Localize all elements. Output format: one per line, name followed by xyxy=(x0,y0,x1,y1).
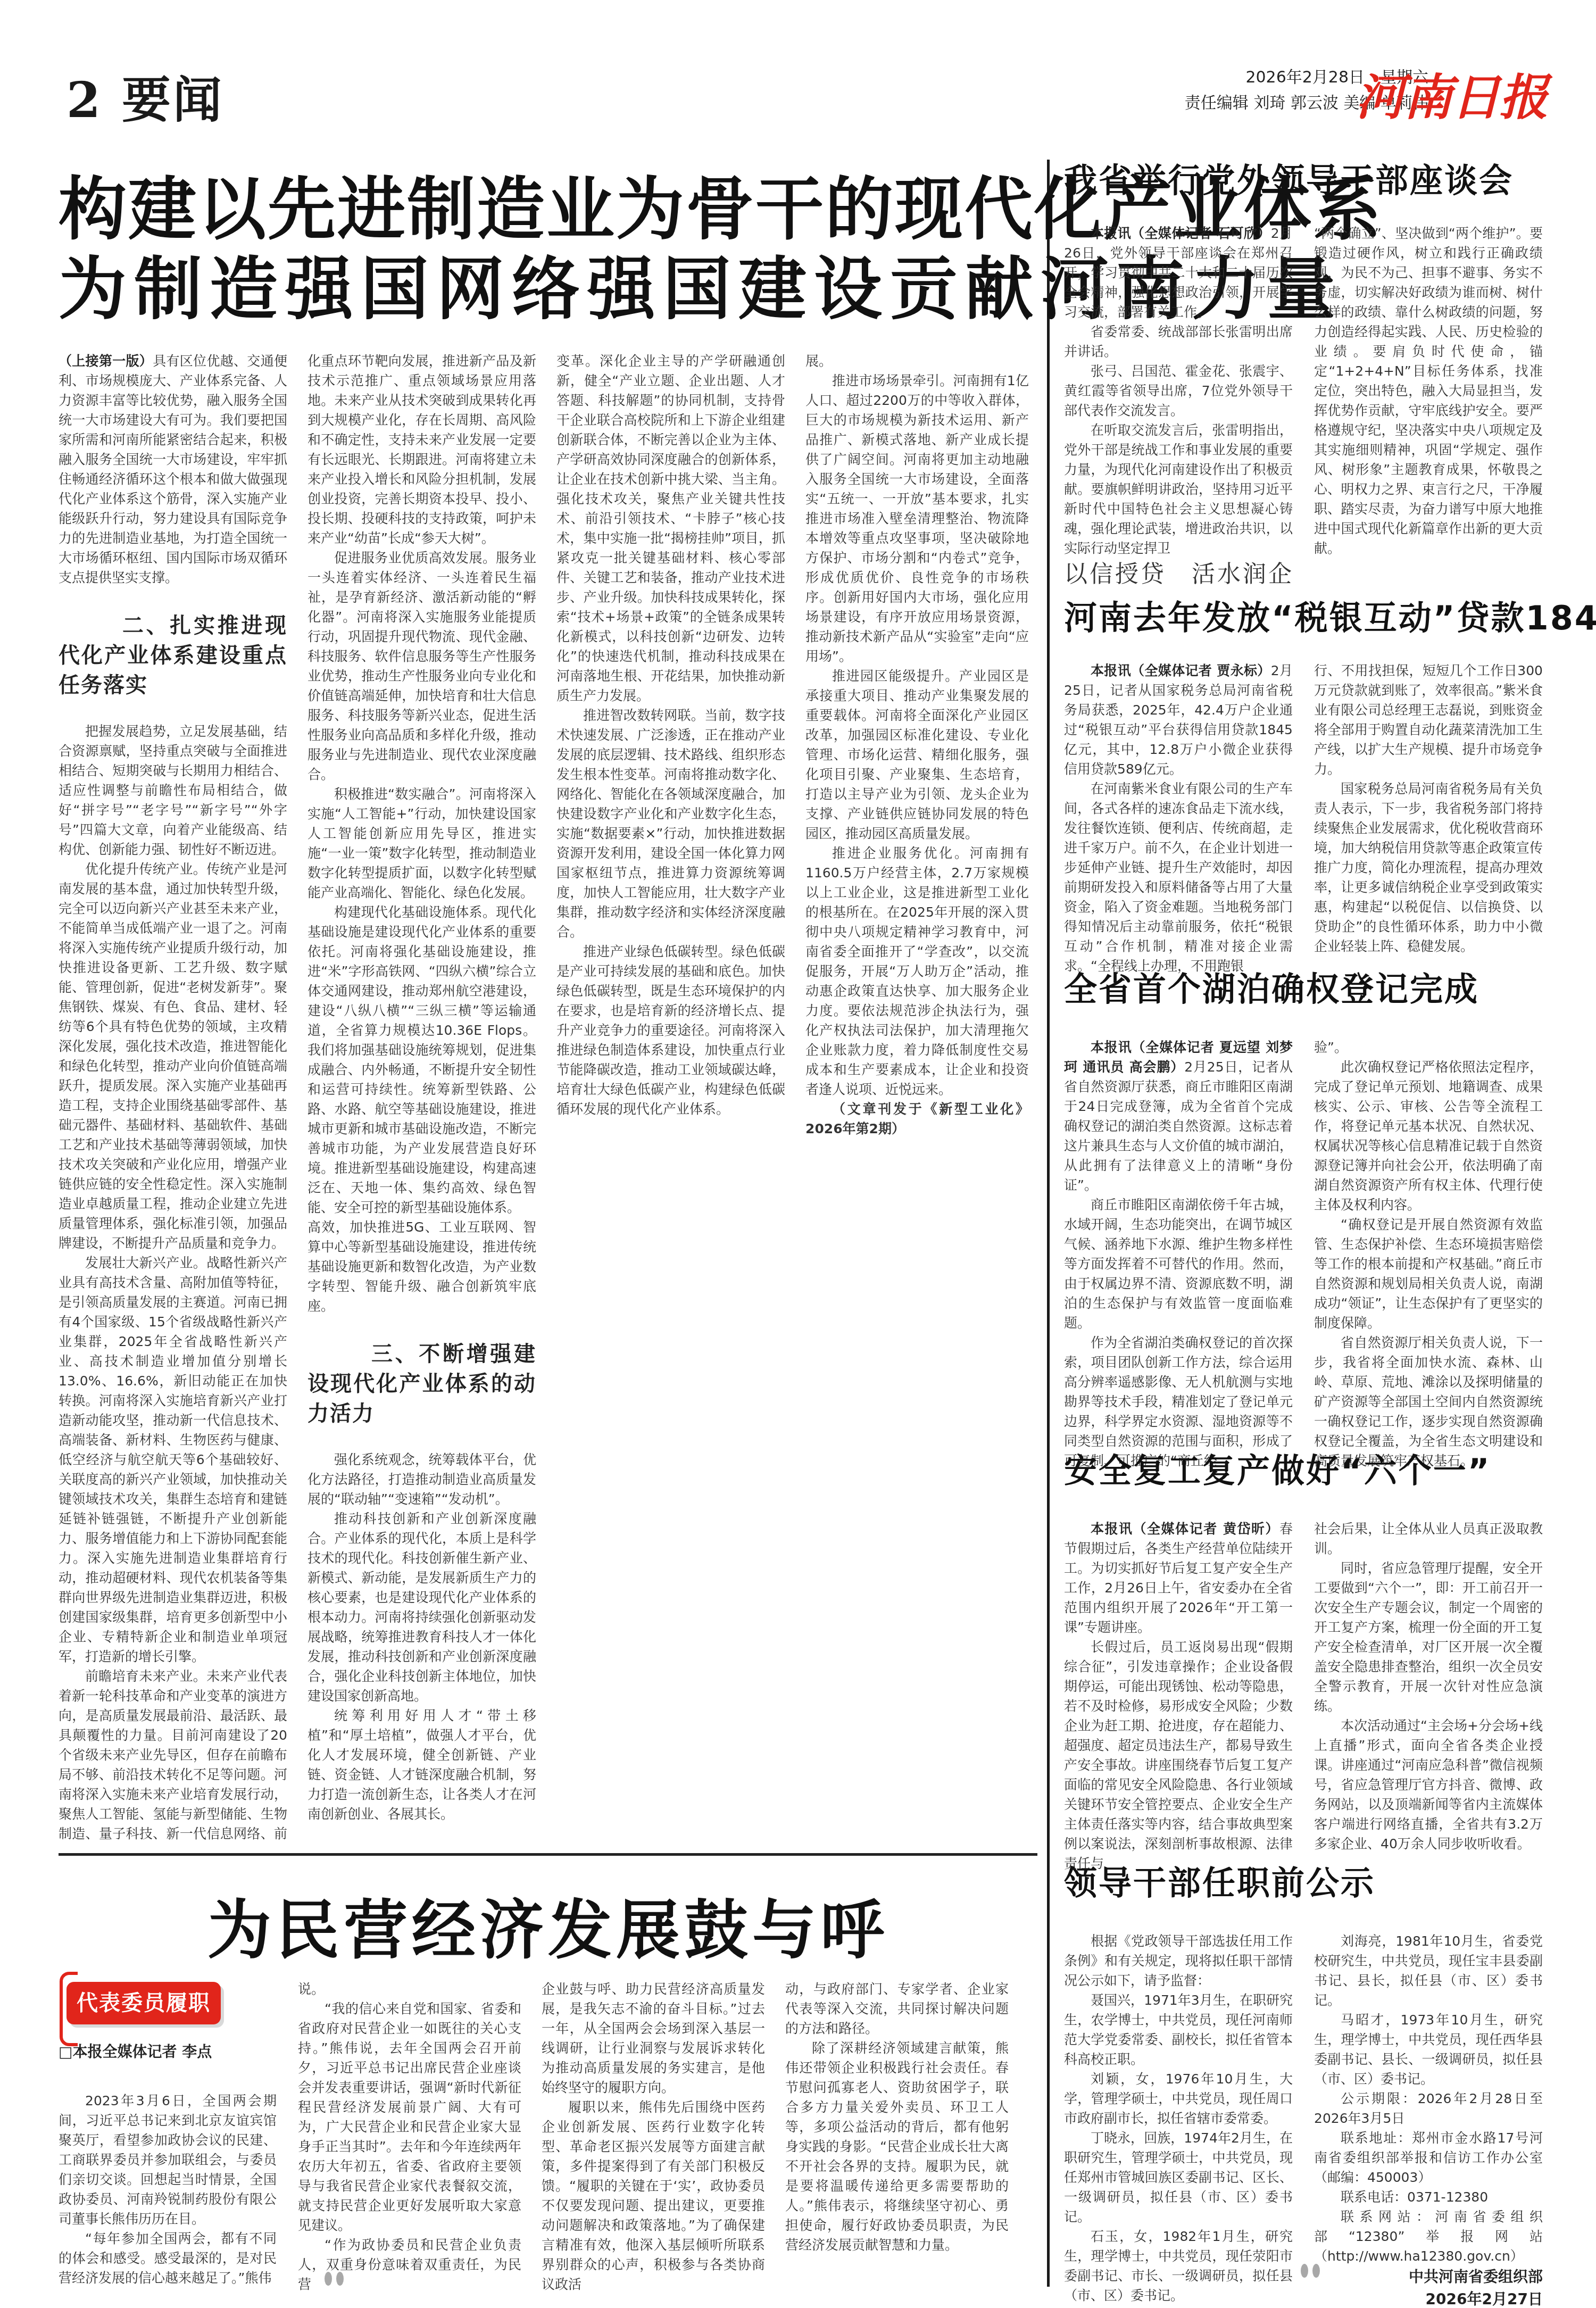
paragraph: 社会后果，让全体从业人员真正汲取教训。 xyxy=(1314,1519,1543,1558)
paragraph: 春节假期过后，各类生产经营单位陆续开工。为切实抓好节后复工复产安全生产工作，2月… xyxy=(1064,1521,1293,1635)
paragraph: 促进服务业优质高效发展。服务业一头连着实体经济、一头连着民生福祉，是孕育新经济、… xyxy=(307,548,536,784)
paragraph: 推进产业绿色低碳转型。绿色低碳是产业可持续发展的基础和底色。加快绿色低碳转型，既… xyxy=(556,942,785,1119)
bottom-col-1: 2023年3月6日，全国两会期间，习近平总书记来到北京友谊宾馆聚英厅，看望参加政… xyxy=(59,2091,277,2298)
paragraph: “确权登记是开展自然资源有效监管、生态保护补偿、生态环境损害赔偿等工作的根本前提… xyxy=(1314,1215,1543,1333)
paragraph: 长假过后，员工返岗易出现“假期综合征”，引发违章操作；企业设备假期停运，可能出现… xyxy=(1064,1637,1293,1873)
article-tax-bank: 以信授贷 活水润企 河南去年发放“税银互动”贷款1845亿元 本报讯（全媒体记者… xyxy=(1064,559,1543,976)
paragraph: 推进企业服务优化。河南拥有1160.5万户经营主体，2.7万家规模以上工业企业，… xyxy=(805,843,1029,1099)
bottom-article-title: 为民营经济发展鼓与呼 xyxy=(59,1894,1037,1969)
paragraph: 发展壮大新兴产业。战略性新兴产业具有高技术含量、高附加值等特征，是引领高质量发展… xyxy=(59,1253,287,1666)
article-col-2: “两个确立”、坚决做到“两个维护”。要锻造过硬作风，树立和践行正确政绩观，为民不… xyxy=(1314,223,1543,558)
section-name: 要闻 xyxy=(122,71,224,129)
main-col-3: 变革。深化企业主导的产学研融通创新，健全“产业立题、企业出题、人才答题、科技解题… xyxy=(556,351,785,1841)
article-kicker: 以信授贷 活水润企 xyxy=(1064,559,1543,591)
paragraph: 优化提升传统产业。传统产业是河南发展的基本盘，通过加快转型升级，完全可以迈向新兴… xyxy=(59,859,287,1253)
article-col-2: 验”。 此次确权登记严格依照法定程序，完成了登记单元预划、地籍调查、成果核实、公… xyxy=(1314,1037,1543,1471)
article-title: 河南去年发放“税银互动”贷款1845亿元 xyxy=(1064,597,1543,640)
headline-line-2: 为制造强国网络强国建设贡献河南力量 xyxy=(59,250,1037,330)
paragraph: 2月25日，记者从省自然资源厅获悉，商丘市睢阳区南湖于24日完成登簿，成为全省首… xyxy=(1064,1059,1293,1193)
paragraph: 强化系统观念，统筹载体平台，优化方法路径，打造推动制造业高质量发展的“联动轴”“… xyxy=(307,1450,536,1509)
candidate-entry: 丁晓永，回族，1974年2月生，在职研究生，管理学硕士，中共党员，现任郑州市管城… xyxy=(1064,2128,1293,2227)
candidate-entry: 刘颖，女，1976年10月生，大学，管理学硕士，中共党员，现任周口市政府副市长，… xyxy=(1064,2069,1293,2128)
bottom-col-4: 动，与政府部门、专家学者、企业家代表等深入交流，共同探讨解决问题的方法和路径。 … xyxy=(785,1979,1009,2298)
paragraph: 企业鼓与呼、助力民营经济高质量发展，是我矢志不渝的奋斗目标。”过去一年，从全国两… xyxy=(542,1979,765,2097)
paragraph: 推进智改数转网联。当前，数字技术快速发展、广泛渗透，正在推动产业发展的底层逻辑、… xyxy=(556,705,785,942)
paragraph: 具有区位优越、交通便利、市场规模庞大、产业体系完备、人力资源丰富等比较优势，融入… xyxy=(59,353,287,585)
section-divider xyxy=(59,1853,1037,1856)
column-divider xyxy=(1047,160,1050,2287)
article-col-2: 行、不用找担保，短短几个工作日300万元贷款就到账了，效率很高。”紫米食业有限公… xyxy=(1314,661,1543,976)
paragraph: “每年参加全国两会，都有不同的体会和感受。感受最深的，是对民营经济发展的信心越来… xyxy=(59,2229,277,2288)
paragraph: 2月25日，记者从国家税务总局河南省税务局获悉，2025年，42.4万户企业通过… xyxy=(1064,663,1293,777)
candidate-entry: 马昭才，1973年10月生，研究生，理学博士，中共党员，现任西华县委副书记、县长… xyxy=(1314,2010,1543,2089)
article-lake-registration: 全省首个湖泊确权登记完成 本报讯（全媒体记者 夏远望 刘梦珂 通讯员 高会鹏）2… xyxy=(1064,968,1543,1471)
paragraph: 本次活动通过“主会场+分会场+线上直播”形式，面向全省各类企业授课。讲座通过“河… xyxy=(1314,1716,1543,1854)
main-col-1: （上接第一版）具有区位优越、交通便利、市场规模庞大、产业体系完备、人力资源丰富等… xyxy=(59,351,287,1841)
paragraph: “我的信心来自党和国家、省委和省政府对民营企业一如既往的关心支持。”熊伟说，去年… xyxy=(298,1999,521,2235)
notice-period: 公示期限：2026年2月28日至2026年3月5日 xyxy=(1314,2089,1543,2128)
paragraph: 积极推进“数实融合”。河南将深入实施“人工智能+”行动，加快建设国家人工智能创新… xyxy=(307,784,536,902)
article-title: 我省举行党外领导干部座谈会 xyxy=(1064,160,1543,202)
paragraph: 推进园区能级提升。产业园区是承接重大项目、推动产业集聚发展的重要载体。河南将全面… xyxy=(805,666,1029,843)
paragraph: 商丘市睢阳区南湖依傍千年古城，水域开阔，生态功能突出，在调节城区气候、涵养地下水… xyxy=(1064,1195,1293,1333)
byline: □本报全媒体记者 李点 xyxy=(59,2040,212,2062)
article-party-forum: 我省举行党外领导干部座谈会 本报讯（全媒体记者 石可欣）2月26日，党外领导干部… xyxy=(1064,160,1543,383)
dateline: 本报讯（全媒体记者 贾永标） xyxy=(1091,663,1271,678)
bottom-col-2: 说。 “我的信心来自党和国家、省委和省政府对民营企业一如既往的关心支持。”熊伟说… xyxy=(298,1979,521,2298)
signature-date: 2026年2月27日 xyxy=(1314,2288,1543,2308)
headline-line-1: 构建以先进制造业为骨干的现代化产业体系 xyxy=(59,170,1037,250)
contact-website[interactable]: 联系网站：河南省委组织部“12380”举报网站（http://www.ha123… xyxy=(1314,2207,1543,2266)
paragraph: 推动科技创新和产业创新深度融合。产业体系的现代化，本质上是科学技术的现代化。科技… xyxy=(307,1509,536,1706)
candidate-entry: 刘海亮，1981年10月生，省委党校研究生，中共党员，现任宝丰县委副书记、县长，… xyxy=(1314,1931,1543,2010)
article-col-2: 社会后果，让全体从业人员真正汲取教训。 同时，省应急管理厅提醒，安全开工要做到“… xyxy=(1314,1519,1543,1873)
paragraph: 前瞻培育未来产业。未来产业代表着新一轮科技革命和产业变革的演进方向，是高质量发展… xyxy=(59,1666,287,1841)
article-cadre-notice: 领导干部任职前公示 根据《党政领导干部选拔任用工作条例》和有关规定，现将拟任职干… xyxy=(1064,1862,1543,2308)
section-heading-2: 二、扎实推进现代化产业体系建设重点任务落实 xyxy=(59,611,287,700)
bottom-article-body-right: 说。 “我的信心来自党和国家、省委和省政府对民营企业一如既往的关心支持。”熊伟说… xyxy=(298,1979,1009,2298)
contact-address: 联系地址：郑州市金水路17号河南省委组织部举报和信访工作办公室（邮编：45000… xyxy=(1314,2128,1543,2187)
continued-from-label: （上接第一版） xyxy=(59,353,153,369)
paragraph: 动，与政府部门、专家学者、企业家代表等深入交流，共同探讨解决问题的方法和路径。 xyxy=(785,1979,1009,2038)
paragraph: 展。 xyxy=(805,351,1029,371)
contact-phone: 联系电话：0371-12380 xyxy=(1314,2187,1543,2207)
main-col-2: 化重点环节靶向发展，推进新产品及新技术示范推广、重点领域场景应用落地。未来产业从… xyxy=(307,351,536,1841)
section-heading-3: 三、不断增强建设现代化产业体系的动力活力 xyxy=(307,1339,536,1429)
article-col-1: 根据《党政领导干部选拔任用工作条例》和有关规定，现将拟任职干部情况公示如下，请予… xyxy=(1064,1931,1293,2308)
main-col-4: 展。 推进市场场景牵引。河南拥有1亿人口、超过2200万的中等收入群体，巨大的市… xyxy=(805,351,1029,1841)
paragraph: 省委常委、统战部部长张雷明出席并讲话。 xyxy=(1064,322,1293,361)
paragraph: 国家税务总局河南省税务局有关负责人表示，下一步，我省税务部门将持续聚焦企业发展需… xyxy=(1314,779,1543,956)
article-title: 安全复工复产做好“六个一” xyxy=(1064,1450,1543,1492)
paragraph: 验”。 xyxy=(1314,1037,1543,1057)
paragraph: 根据《党政领导干部选拔任用工作条例》和有关规定，现将拟任职干部情况公示如下，请予… xyxy=(1064,1931,1293,1990)
paragraph: 张弓、吕国范、霍金花、张震宇、黄红霞等省领导出席，7位党外领导干部代表作交流发言… xyxy=(1064,361,1293,420)
article-safety-resumption: 安全复工复产做好“六个一” 本报讯（全媒体记者 黄岱昕）春节假期过后，各类生产经… xyxy=(1064,1450,1543,1873)
paragraph: 统筹利用好用人才“带土移植”和“厚土培植”，做强人才平台，优化人才发展环境，健全… xyxy=(307,1706,536,1824)
dateline: 本报讯（全媒体记者 石可欣） xyxy=(1091,226,1271,241)
article-title: 领导干部任职前公示 xyxy=(1064,1862,1543,1905)
candidate-entry: 聂国兴，1971年3月生，在职研究生，农学博士，中共党员，现任河南师范大学党委常… xyxy=(1064,1990,1293,2069)
paragraph: 同时，省应急管理厅提醒，安全开工要做到“六个一”，即：开工前召开一次安全生产专题… xyxy=(1314,1558,1543,1716)
paragraph: 化重点环节靶向发展，推进新产品及新技术示范推广、重点领域场景应用落地。未来产业从… xyxy=(307,351,536,548)
page-section-label: 2 要闻 xyxy=(66,61,224,131)
registration-mark-icon xyxy=(1301,2264,1320,2278)
paragraph: 变革。深化企业主导的产学研融通创新，健全“产业立题、企业出题、人才答题、科技解题… xyxy=(556,351,785,705)
paragraph: 高效，加快推进5G、工业互联网、智算中心等新型基础设施建设，推进传统基础设施更新… xyxy=(307,1217,536,1316)
bottom-article-body-left: 2023年3月6日，全国两会期间，习近平总书记来到北京友谊宾馆聚英厅，看望参加政… xyxy=(59,2091,277,2298)
paragraph: 此次确权登记严格依照法定程序，完成了登记单元预划、地籍调查、成果核实、公示、审核… xyxy=(1314,1057,1543,1215)
paragraph: 2023年3月6日，全国两会期间，习近平总书记来到北京友谊宾馆聚英厅，看望参加政… xyxy=(59,2091,277,2229)
registration-mark-icon xyxy=(325,2272,344,2286)
column-badge: 代表委员履职记 xyxy=(66,1982,221,2024)
masthead: 2 要闻 2026年2月28日 星期六 责任编辑 刘琦 郭云波 美编 单莉伟 河… xyxy=(0,0,1596,133)
main-article-body: （上接第一版）具有区位优越、交通便利、市场规模庞大、产业体系完备、人力资源丰富等… xyxy=(59,351,1029,1841)
paragraph: 构建现代化基础设施体系。现代化基础设施是建设现代化产业体系的重要依托。河南将强化… xyxy=(307,902,536,1217)
article-col-1: 本报讯（全媒体记者 石可欣）2月26日，党外领导干部座谈会在郑州召开，学习贯彻中… xyxy=(1064,223,1293,558)
paragraph: 履职以来，熊伟先后围绕中医药企业创新发展、医药行业数字化转型、革命老区振兴发展等… xyxy=(542,2097,765,2294)
newspaper-logo: 河南日报 xyxy=(1356,59,1547,129)
dateline: 本报讯（全媒体记者 黄岱昕） xyxy=(1091,1521,1279,1537)
article-source-note: （文章刊发于《新型工业化》2026年第2期） xyxy=(805,1099,1029,1139)
article-title: 全省首个湖泊确权登记完成 xyxy=(1064,968,1543,1011)
signature-org: 中共河南省委组织部 xyxy=(1314,2266,1543,2288)
main-article-headline: 构建以先进制造业为骨干的现代化产业体系 为制造强国网络强国建设贡献河南力量 xyxy=(59,170,1037,330)
paragraph: 除了深耕经济领域建言献策，熊伟还带领企业积极践行社会责任。春节慰问孤寡老人、资助… xyxy=(785,2038,1009,2255)
article-col-1: 本报讯（全媒体记者 夏远望 刘梦珂 通讯员 高会鹏）2月25日，记者从省自然资源… xyxy=(1064,1037,1293,1471)
paragraph: 在听取交流发言后，张雷明指出，党外干部是统战工作和事业发展的重要力量，为现代化河… xyxy=(1064,420,1293,558)
bottom-col-3: 企业鼓与呼、助力民营经济高质量发展，是我矢志不渝的奋斗目标。”过去一年，从全国两… xyxy=(542,1979,765,2298)
paragraph: 推进市场场景牵引。河南拥有1亿人口、超过2200万的中等收入群体，巨大的市场规模… xyxy=(805,371,1029,666)
article-col-2: 刘海亮，1981年10月生，省委党校研究生，中共党员，现任宝丰县委副书记、县长，… xyxy=(1314,1931,1543,2308)
article-col-1: 本报讯（全媒体记者 黄岱昕）春节假期过后，各类生产经营单位陆续开工。为切实抓好节… xyxy=(1064,1519,1293,1873)
paragraph: “两个确立”、坚决做到“两个维护”。要锻造过硬作风，树立和践行正确政绩观，为民不… xyxy=(1314,223,1543,558)
paragraph: 行、不用找担保，短短几个工作日300万元贷款就到账了，效率很高。”紫米食业有限公… xyxy=(1314,661,1543,779)
paragraph: 在河南紫米食业有限公司的生产车间，各式各样的速冻食品走下流水线，发往餐饮连锁、便… xyxy=(1064,779,1293,976)
paragraph: 说。 xyxy=(298,1979,521,1999)
article-col-1: 本报讯（全媒体记者 贾永标）2月25日，记者从国家税务总局河南省税务局获悉，20… xyxy=(1064,661,1293,976)
paragraph: 把握发展趋势，立足发展基础，结合资源禀赋，坚持重点突破与全面推进相结合、短期突破… xyxy=(59,721,287,859)
candidate-entry: 石玉，女，1982年1月生，研究生，理学博士，中共党员，现任荥阳市委副书记、市长… xyxy=(1064,2227,1293,2305)
page-number: 2 xyxy=(66,71,103,129)
